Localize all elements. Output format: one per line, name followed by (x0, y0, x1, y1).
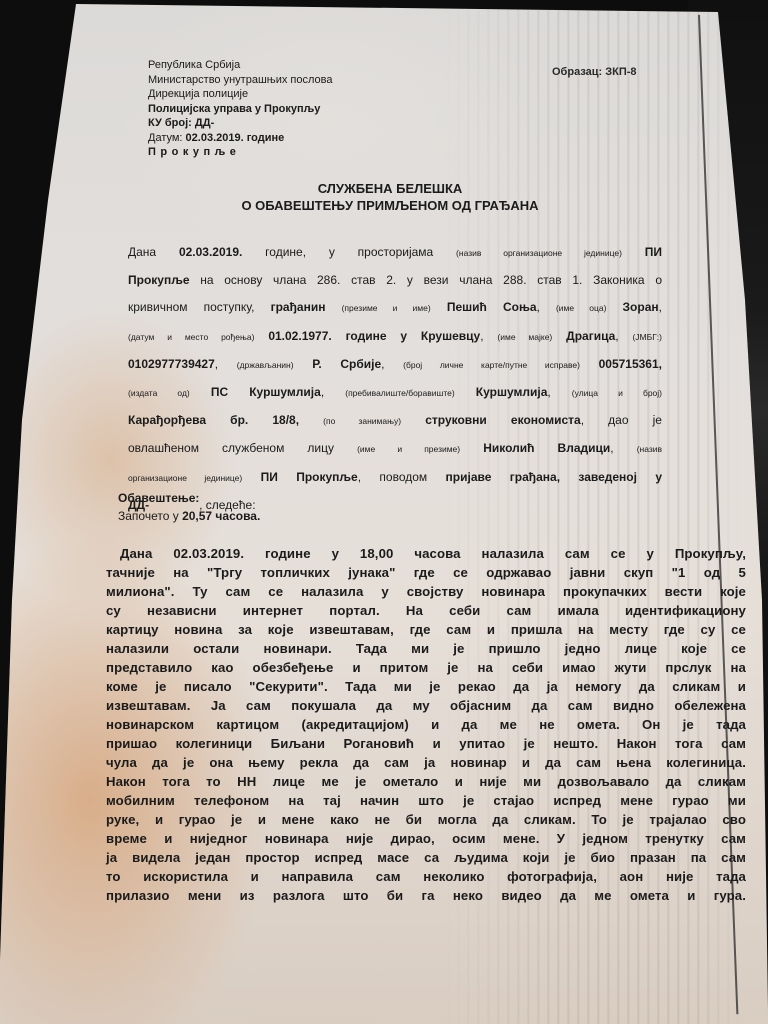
intro-line: Прокупље на основу члана 286. став 2. у … (128, 267, 662, 294)
statement-line: руке, и гурао је и мене како не би могла… (106, 810, 746, 829)
intro-paragraph: Дана 02.03.2019. године, у просторијама … (128, 239, 662, 519)
header-date: Датум: 02.03.2019. године (148, 131, 333, 146)
statement-line: Дана 02.03.2019. године у 18,00 часова н… (106, 544, 746, 563)
statement-line: тачније на "Тргу топличких јунака" где с… (106, 563, 746, 582)
header-republic: Република Србија (148, 58, 333, 73)
intro-line: Дана 02.03.2019. године, у просторијама … (128, 239, 662, 267)
notice-block: Обавештење: Започето у 20,57 часова. (118, 489, 260, 525)
header-date-value: 02.03.2019. године (186, 132, 285, 144)
title-line-1: СЛУЖБЕНА БЕЛЕШКА (180, 180, 600, 197)
statement-line: представило као обезбеђење и притом је н… (106, 658, 746, 677)
statement-line: коме је писало "Секурити". Тада ми је ре… (106, 677, 746, 696)
statement-line: прилазио мени из разлога што би га неко … (106, 886, 746, 905)
intro-line: (датум и место рођења) 01.02.1977. годин… (128, 323, 662, 351)
statement-line: то искористила и направила сам неколико … (106, 867, 746, 886)
statement-line: картицу новина за које извештавам, где с… (106, 620, 746, 639)
document-title: СЛУЖБЕНА БЕЛЕШКА О ОБАВЕШТЕЊУ ПРИМЉЕНОМ … (180, 180, 600, 214)
document: Република Србија Министарство унутрашњих… (0, 0, 768, 1024)
header-city: Прокупље (148, 145, 333, 160)
statement-line: извештавам. Ја сам покушала да му објасн… (106, 696, 746, 715)
form-code: Образац: ЗКП-8 (552, 66, 637, 78)
statement-line: чула да је она њему рекла да сам ја нови… (106, 753, 746, 772)
statement-line: новинарском картицом (акредитацијом) и д… (106, 715, 746, 734)
header-ku-number: КУ број: ДД- (148, 116, 333, 131)
statement-line: ја видела један простор испред масе са љ… (106, 848, 746, 867)
title-line-2: О ОБАВЕШТЕЊУ ПРИМЉЕНОМ ОД ГРАЂАНА (180, 197, 600, 214)
statement-line: пришао колегиници Биљани Рогановић и упи… (106, 734, 746, 753)
notice-started: Започето у 20,57 часова. (118, 507, 260, 525)
intro-line: Карађорђева бр. 18/8, (по занимању) стру… (128, 407, 662, 435)
intro-line: 0102977739427, (држављанин) Р. Србије, (… (128, 351, 662, 379)
intro-line: овлашћеном службеном лицу (име и презиме… (128, 435, 662, 463)
statement-line: милиона". Ту сам се налазила у својству … (106, 582, 746, 601)
intro-line: кривичном поступку, грађанин (презиме и … (128, 294, 662, 322)
statement-paragraph: Дана 02.03.2019. године у 18,00 часова н… (106, 544, 746, 905)
statement-line: су независни интернет портал. На себи са… (106, 601, 746, 620)
notice-heading: Обавештење: (118, 489, 260, 507)
document-header: Република Србија Министарство унутрашњих… (148, 58, 333, 160)
header-directorate: Дирекција полиције (148, 87, 333, 102)
intro-line: организационе јединице) ПИ Прокупље, пов… (128, 464, 662, 492)
header-police-department: Полицијска управа у Прокупљу (148, 102, 333, 117)
statement-line: време и ниједног новинара није дирао, ос… (106, 829, 746, 848)
intro-line: (издата од) ПС Куршумлија, (пребивалиште… (128, 379, 662, 407)
header-ministry: Министарство унутрашњих послова (148, 73, 333, 88)
header-date-label: Датум: (148, 132, 182, 144)
statement-line: мобилним телефоном на тај начин што је с… (106, 791, 746, 810)
statement-line: налазили остали новинари. Тада ми је при… (106, 639, 746, 658)
statement-line: Након тога то НН лице ме је ометало и ни… (106, 772, 746, 791)
